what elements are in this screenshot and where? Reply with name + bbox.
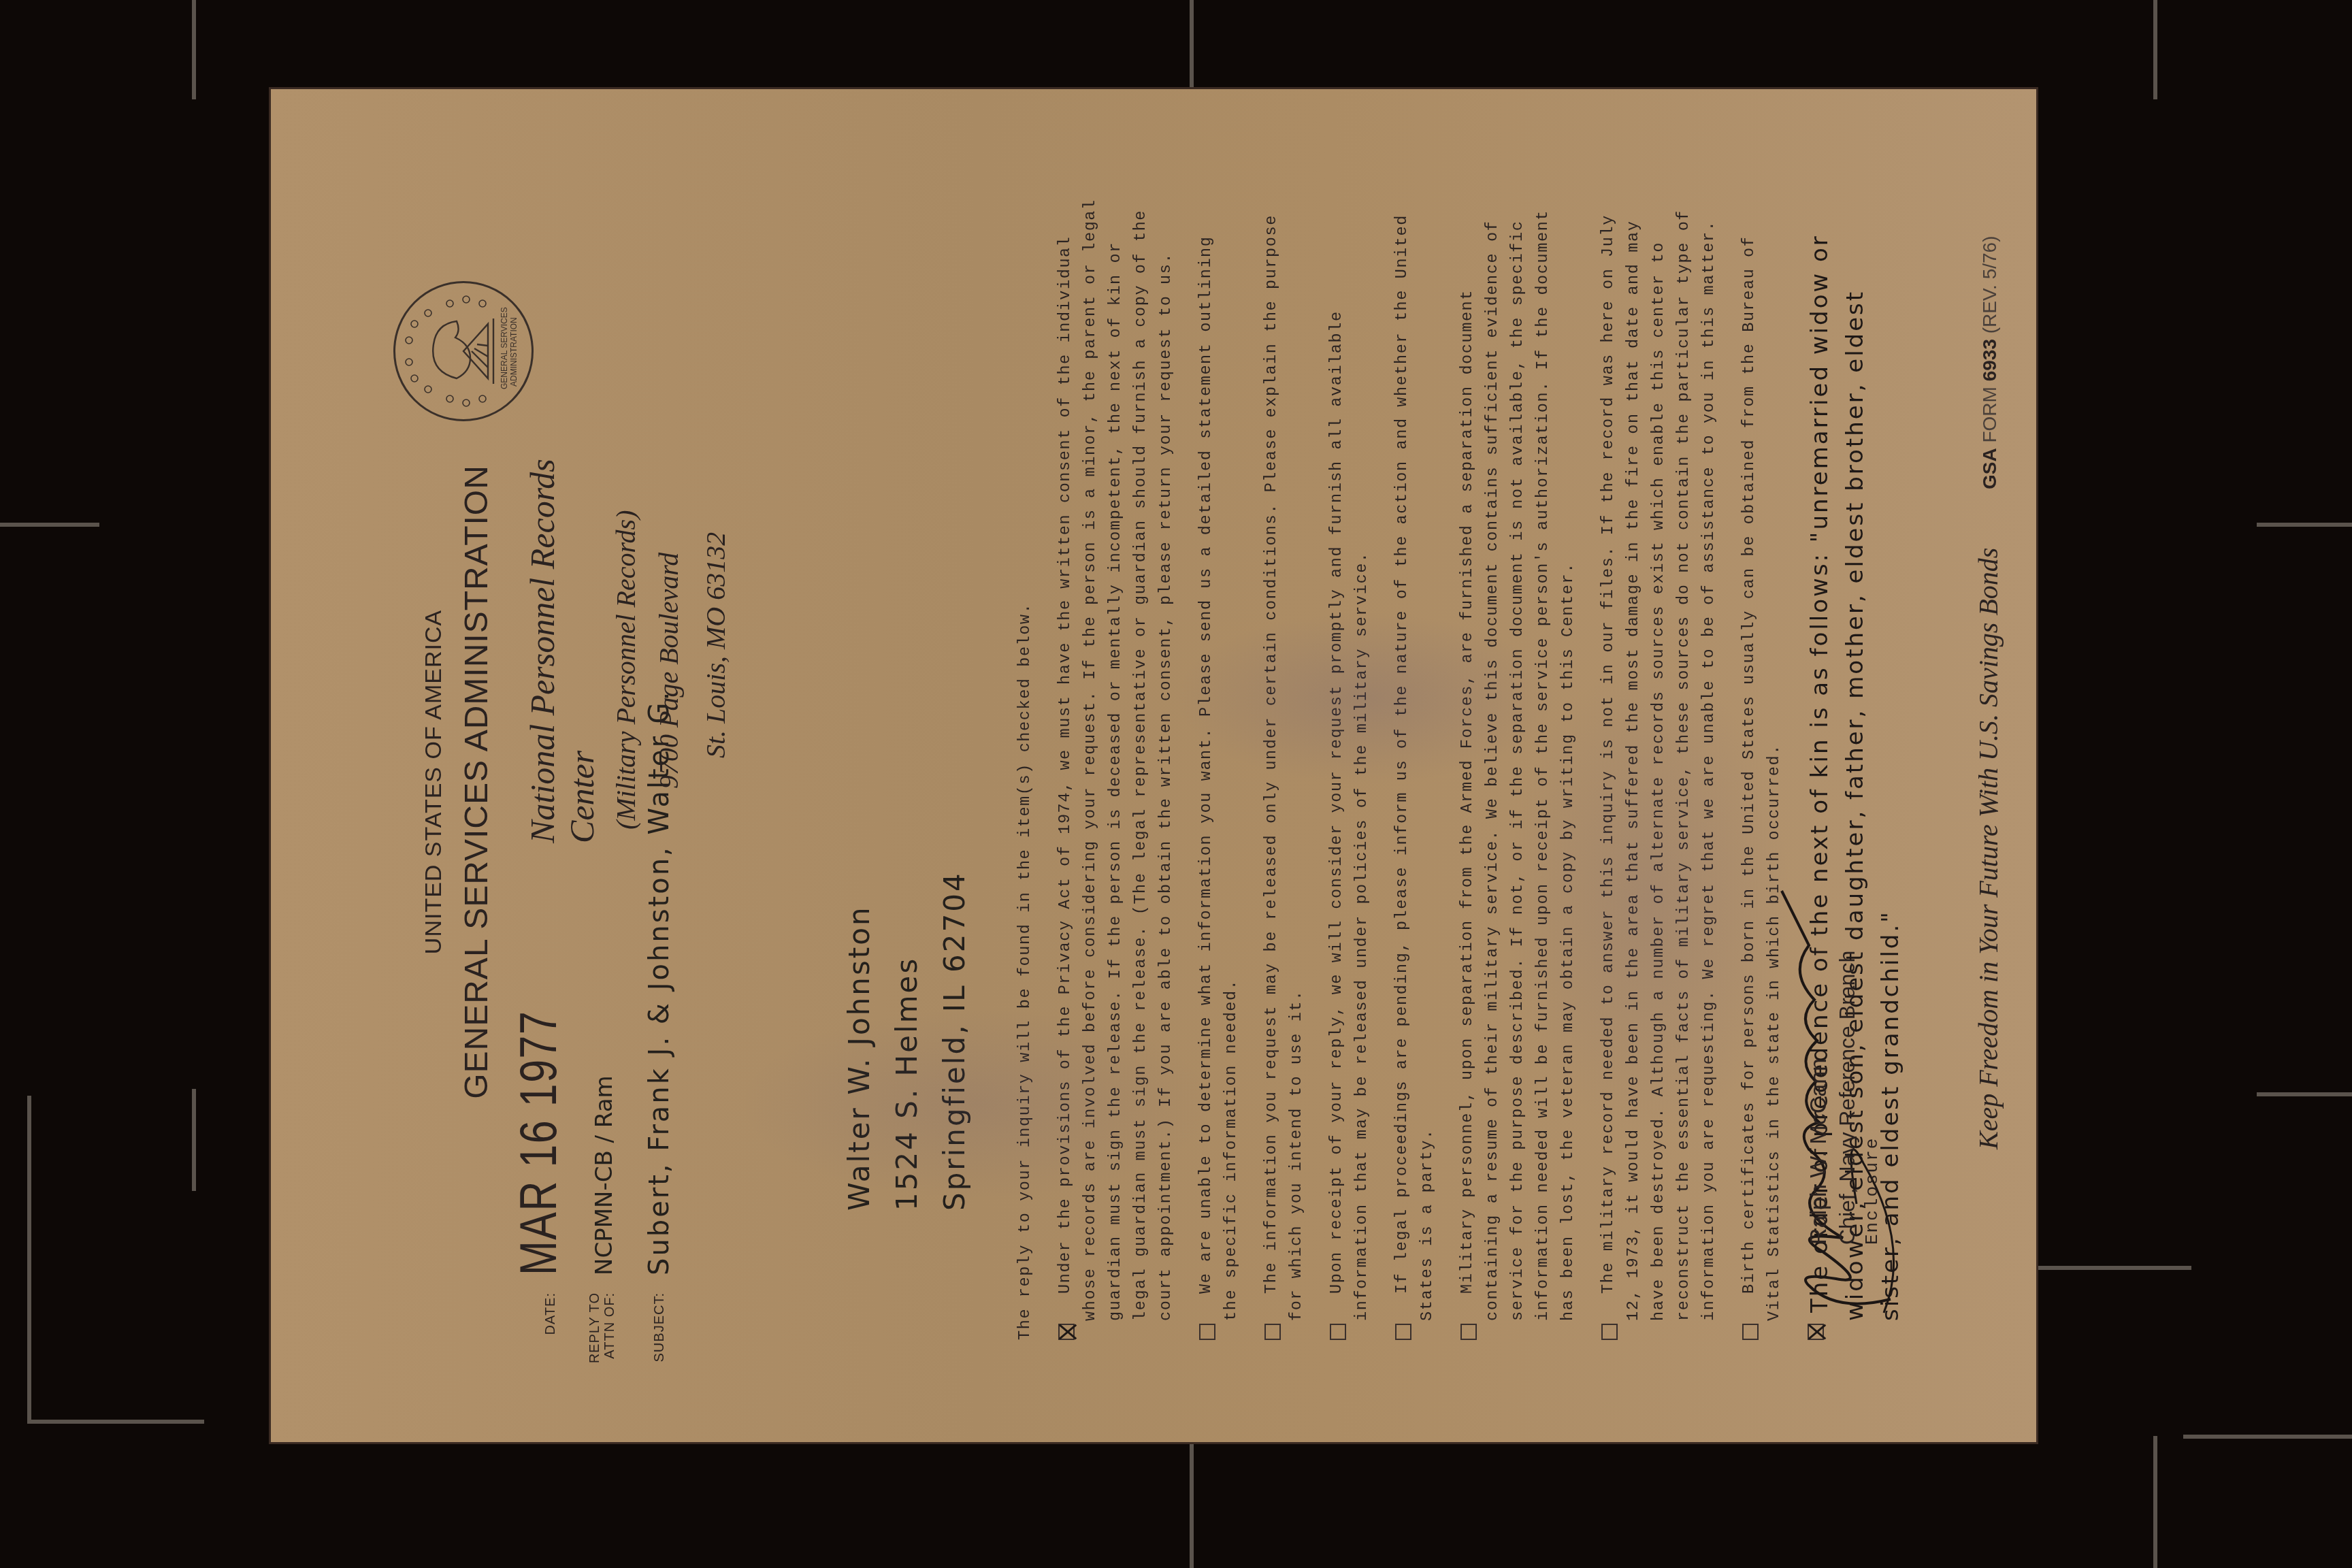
crop-mark [27,1420,204,1424]
addressee-block: Walter W. Johnston 1524 S. Helmes Spring… [836,871,979,1211]
agency-heading: GENERAL SERVICES ADMINISTRATION [458,408,495,1156]
reply-to-label-line-2: ATTN OF: [602,1292,617,1388]
crop-mark [2183,1435,2352,1439]
checklist-item-text: Military personnel, upon separation from… [1455,197,1581,1321]
crop-mark [27,1096,31,1422]
checklist-item: If legal proceedings are pending, please… [1390,197,1440,1340]
checklist-item-text: The information you request may be relea… [1259,197,1309,1321]
date-stamp: MAR 16 1977 [509,1011,568,1275]
crop-mark [2153,1436,2157,1568]
date-label: DATE: [543,1292,559,1388]
checkbox-icon [1395,1324,1411,1340]
checklist-item-text: Upon receipt of your reply, we will cons… [1324,197,1375,1321]
gsa-seal-icon: GENERAL SERVICES ADMINISTRATION [393,281,534,421]
checklist-item-text: If legal proceedings are pending, please… [1390,197,1440,1321]
crop-mark [192,0,196,99]
checklist-item: We are unable to determine what informat… [1194,197,1244,1340]
center-name: National Personnel Records Center [523,367,602,843]
svg-text:ADMINISTRATION: ADMINISTRATION [509,317,519,387]
addressee-street: 1524 S. Helmes [883,871,931,1211]
enclosure-note: Enclosure [1862,1137,1882,1245]
checklist-item: Under the provisions of the Privacy Act … [1053,197,1179,1340]
crop-mark [192,1089,196,1191]
checklist-item-text: Under the provisions of the Privacy Act … [1053,197,1179,1321]
reply-to-label-line-1: REPLY TO [587,1292,602,1388]
body-intro: The reply to your inquiry will be found … [1013,197,1038,1340]
addressee-city: Springfield, IL 62704 [931,871,979,1211]
checklist-item: The information you request may be relea… [1259,197,1309,1340]
crop-mark [2257,1092,2352,1096]
country-heading: UNITED STATES OF AMERICA [421,476,447,1088]
checklist-item: Upon receipt of your reply, we will cons… [1324,197,1375,1340]
form-revision: (REV. 5/76) [1979,236,2000,334]
checkbox-icon [1330,1324,1346,1340]
document-paper: GENERAL SERVICES ADMINISTRATION UNITED S… [271,89,2036,1442]
letter-page: GENERAL SERVICES ADMINISTRATION UNITED S… [271,89,2036,1442]
crop-mark [1190,1443,1194,1568]
crop-mark [2153,0,2157,99]
checked-box-icon [1058,1324,1075,1340]
checkbox-icon [1199,1324,1215,1340]
crop-mark [2257,523,2352,527]
checklist-item-text: The military record needed to answer thi… [1596,197,1722,1321]
center-city: St. Louis, MO 63132 [700,367,732,758]
savings-bonds-slogan: Keep Freedom in Your Future With U.S. Sa… [1972,548,2004,1149]
addressee-name: Walter W. Johnston [836,871,883,1211]
checkbox-icon [1264,1324,1281,1340]
checkbox-icon [1460,1324,1477,1340]
center-subname: (Military Personnel Records) [610,367,642,830]
reply-to-value: NCPMN-CB / Ram [591,1075,618,1275]
center-street: 9700 Page Boulevard [653,367,685,789]
crop-mark [0,523,99,527]
checklist-item-text: We are unable to determine what informat… [1194,197,1244,1321]
form-id: 6933 [1979,339,2000,381]
reply-to-label: REPLY TO ATTN OF: [587,1292,617,1388]
checkbox-icon [1601,1324,1618,1340]
form-word: FORM [1979,387,2000,442]
signer-title: Chief, Navy Reference Branch [1835,951,1860,1245]
checklist-item: The military record needed to answer thi… [1596,197,1722,1340]
form-agency: GSA [1979,448,2000,489]
svg-text:GENERAL SERVICES: GENERAL SERVICES [500,307,509,389]
checklist-item: Military personnel, upon separation from… [1455,197,1581,1340]
signer-name: Ralph W. McCann [1806,1058,1832,1245]
crop-mark [1190,0,1194,99]
subject-label: SUBJECT: [652,1292,668,1388]
crop-mark [2035,1266,2191,1270]
records-center-address: National Personnel Records Center (Milit… [523,367,732,843]
form-number: GSA FORM 6933 (REV. 5/76) [1979,236,2001,489]
